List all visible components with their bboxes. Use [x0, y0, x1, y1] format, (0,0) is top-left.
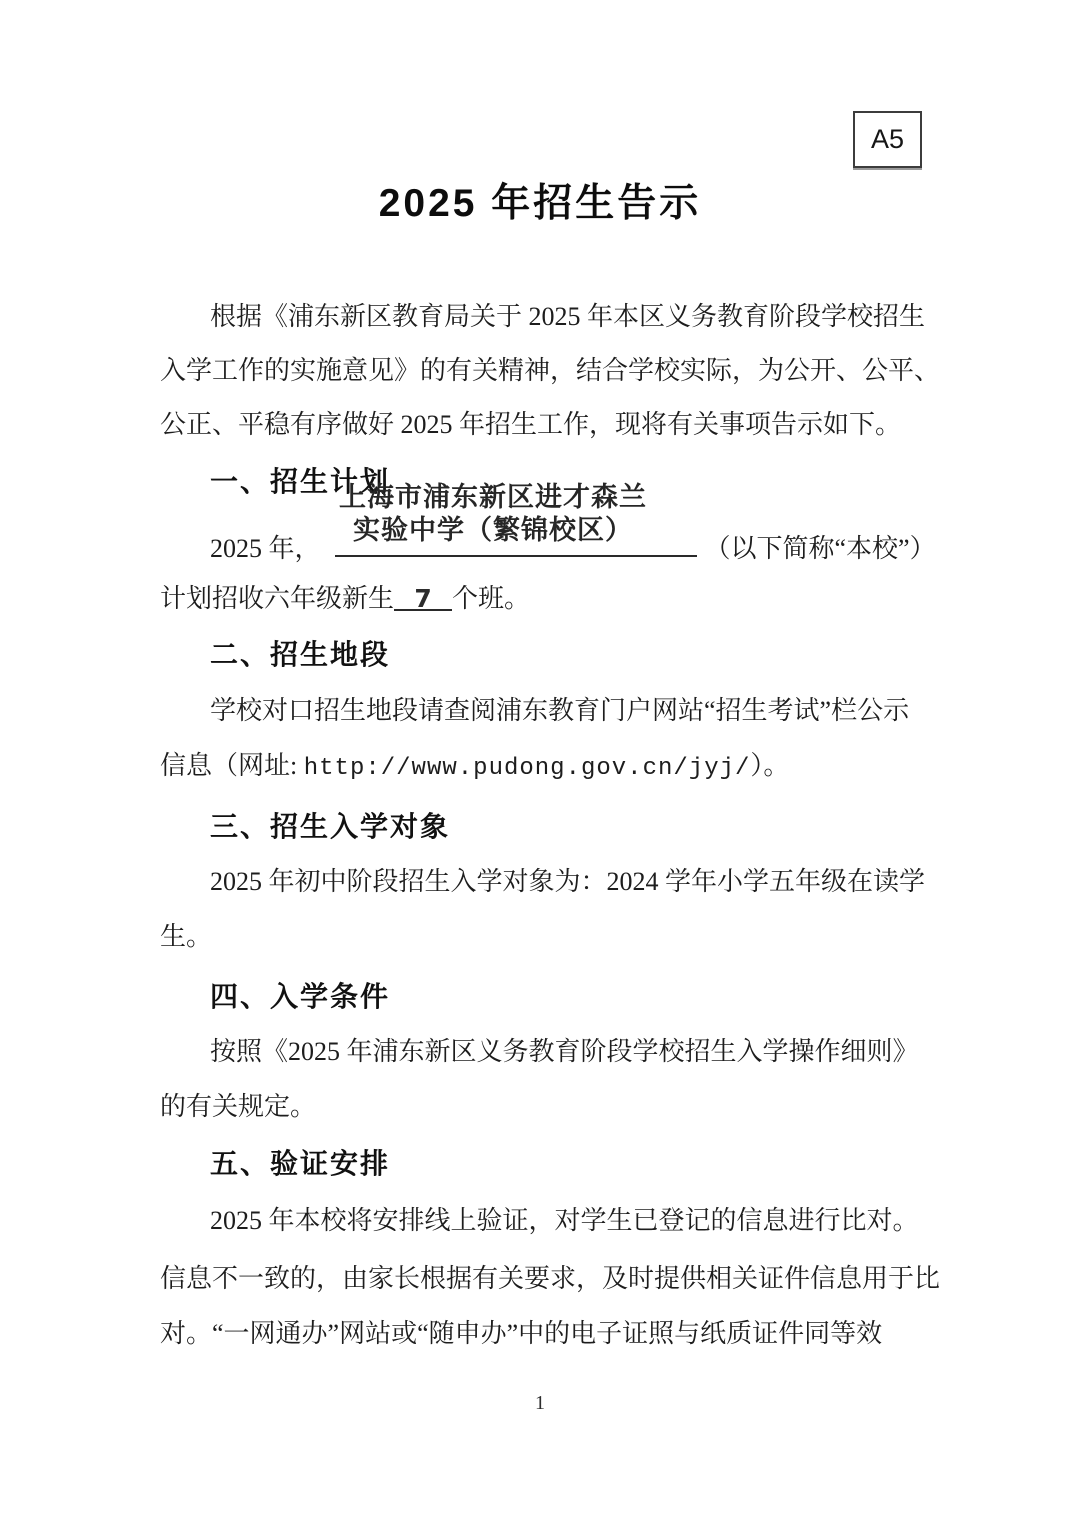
a5-corner-box: A5 — [853, 111, 922, 168]
intro-line-3: 公正、平稳有序做好 2025 年招生工作，现将有关事项告示如下。 — [160, 407, 935, 443]
page-number: 1 — [0, 1392, 1080, 1415]
section-1-line-1-suffix: （以下简称“本校”） — [705, 534, 936, 563]
a5-label: A5 — [871, 124, 904, 155]
section-1-line-1-prefix: 2025 年， — [210, 534, 321, 563]
section-2-line-2-prefix: 信息（网址: — [160, 751, 304, 780]
class-count-fill: 7 — [394, 581, 452, 611]
section-5-line-3: 对。“一网通办”网站或“随申办”中的电子证照与纸质证件同等效 — [160, 1316, 935, 1352]
document-title: 2025 年招生告示 — [0, 172, 1080, 228]
section-1-line-1: 2025 年，（以下简称“本校”） — [160, 527, 935, 567]
school-name-fill-line-1: 上海市浦东新区进才森兰 — [308, 481, 678, 514]
section-4-line-2: 的有关规定。 — [160, 1089, 935, 1125]
section-5-heading: 五、验证安排 — [160, 1146, 935, 1182]
intro-line-2: 入学工作的实施意见》的有关精神，结合学校实际，为公开、公平、 — [160, 353, 935, 389]
intro-line-1: 根据《浦东新区教育局关于 2025 年本区义务教育阶段学校招生 — [160, 299, 935, 335]
section-2-heading: 二、招生地段 — [160, 637, 935, 673]
section-4-line-1: 按照《2025 年浦东新区义务教育阶段学校招生入学操作细则》 — [160, 1034, 935, 1070]
section-1-line-2: 计划招收六年级新生7个班。 — [160, 581, 935, 617]
section-4-heading: 四、入学条件 — [160, 979, 935, 1015]
section-1-line-2-prefix: 计划招收六年级新生 — [160, 584, 394, 613]
section-3-line-2: 生。 — [160, 919, 935, 955]
section-2-line-1: 学校对口招生地段请查阅浦东教育门户网站“招生考试”栏公示 — [160, 693, 935, 729]
document-page: A5 2025 年招生告示 根据《浦东新区教育局关于 2025 年本区义务教育阶… — [0, 0, 1080, 1528]
school-name-blank-underline — [335, 527, 697, 557]
section-5-line-1: 2025 年本校将安排线上验证，对学生已登记的信息进行比对。 — [160, 1203, 935, 1239]
section-1-line-2-suffix: 个班。 — [452, 584, 530, 613]
section-3-line-1: 2025 年初中阶段招生入学对象为：2024 学年小学五年级在读学 — [160, 864, 935, 900]
section-2-line-2-suffix: ）。 — [750, 751, 789, 780]
section-3-heading: 三、招生入学对象 — [160, 809, 935, 845]
pudong-education-url: http://www.pudong.gov.cn/jyj/ — [304, 755, 751, 782]
section-5-line-2: 信息不一致的，由家长根据有关要求，及时提供相关证件信息用于比 — [160, 1261, 935, 1297]
section-2-line-2: 信息（网址: http://www.pudong.gov.cn/jyj/）。 — [160, 748, 935, 787]
